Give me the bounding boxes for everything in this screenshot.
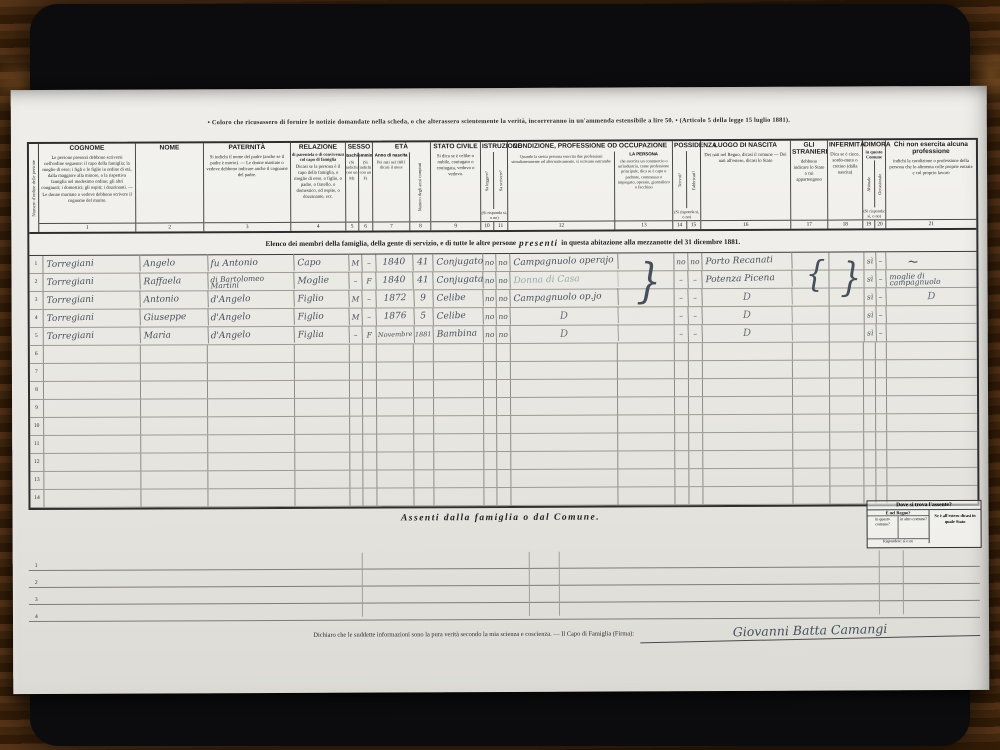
cell-infermita-row-14 xyxy=(830,486,865,503)
header-col-cognome: COGNOMELe persone presenti debbono scriv… xyxy=(39,144,136,232)
cell-chinon-row-12 xyxy=(888,450,978,467)
column-number-11: 11 xyxy=(494,222,508,230)
column-number-7: 7 xyxy=(373,222,410,230)
cell-infermita-row-12 xyxy=(830,450,865,467)
cell-persona-row-6 xyxy=(618,343,675,360)
cell-infermita-row-7 xyxy=(829,360,864,377)
header-numbers-possidenza: 1415 xyxy=(673,220,700,229)
cell-persona-row-3 xyxy=(618,289,675,306)
cell-terreni-row-12 xyxy=(676,451,690,468)
cell-anni-row-1: 41 xyxy=(413,254,433,272)
header-title-chinon: Chi non esercita alcuna professione xyxy=(886,140,976,157)
cell-sessoM-row-1: M xyxy=(349,254,362,271)
header-title-possidenza: POSSIDENZA xyxy=(673,141,700,151)
cell-terreni-row-14 xyxy=(676,487,690,504)
cell-persona-row-5 xyxy=(618,325,675,342)
column-number-12: 12 xyxy=(508,221,615,229)
header-subcol-abituale: Abituale xyxy=(863,160,875,207)
cell-anno-row-6 xyxy=(376,344,414,361)
cell-nome-row-13 xyxy=(141,471,209,488)
cell-stranieri-row-11 xyxy=(793,433,830,450)
cell-fabbricati-row-7 xyxy=(689,361,703,378)
cell-occasionale-row-4: – xyxy=(876,306,887,323)
absent-box-note: Rispondere: sì o no xyxy=(868,538,929,543)
cell-nome-row-12 xyxy=(141,453,209,470)
cell-stranieri-row-14 xyxy=(793,487,830,504)
header-subcol-persona: LA PERSONAche esercita un commercio o un… xyxy=(615,151,672,220)
cell-sessoF-row-6 xyxy=(362,345,376,362)
absent-row-number: 1 xyxy=(35,563,38,569)
cell-terreni-row-6 xyxy=(675,343,689,360)
cell-num-row-2: 2 xyxy=(29,274,43,291)
cell-num-row-5: 5 xyxy=(30,328,44,345)
header-title-cognome: COGNOME xyxy=(39,144,135,154)
header-numbers-paternita: 3 xyxy=(204,222,290,231)
header-title-paternita: PATERNITÀ xyxy=(204,143,290,153)
column-number-19: 19 xyxy=(863,220,875,228)
cell-chinon-row-7 xyxy=(887,360,977,377)
header-col-dimora: DIMORAin questo ComuneAbitualeOccasional… xyxy=(863,140,886,228)
header-numbers-stato: 9 xyxy=(431,221,480,230)
cell-anni-row-3: 9 xyxy=(414,290,434,308)
cell-nome-row-1: Angelo xyxy=(140,254,208,273)
header-col-istruzione: ISTRUZIONESa leggere?Sa scrivere?(Si ris… xyxy=(481,142,508,230)
cell-legge-row-6 xyxy=(484,344,497,361)
cell-legge-row-9 xyxy=(484,398,497,415)
subcol-desc-occasionale: Occasionale xyxy=(876,161,884,207)
cell-stato-row-2: Conjugata xyxy=(433,271,483,290)
subcol-desc-persona: che esercita un commercio o un'industria… xyxy=(615,157,672,191)
cell-chinon-row-6 xyxy=(887,342,977,359)
header-subtitle-relazione: di parentela o di convivenza col capo di… xyxy=(291,153,345,163)
header-subcol-terreni: Terreni? xyxy=(673,151,687,208)
cell-sessoM-row-9 xyxy=(350,399,363,416)
cell-sessoM-row-8 xyxy=(350,381,363,398)
cell-terreni-row-5: – xyxy=(675,325,689,342)
cell-anno-row-2: 1840 xyxy=(376,272,414,290)
cell-nome-row-11 xyxy=(141,435,209,452)
header-col-numero: Numero d'ordine delle persone xyxy=(29,144,39,232)
cell-fabbricati-row-9 xyxy=(689,397,703,414)
column-number-10: 10 xyxy=(481,222,494,230)
banner-presenti: presenti xyxy=(519,237,558,247)
cell-chinon-row-5 xyxy=(887,324,977,341)
cell-chinon-row-2: moglie di campagnuolo xyxy=(887,269,977,289)
cell-infermita-row-1 xyxy=(829,252,864,269)
header-subcolumns-dimora: AbitualeOccasionale xyxy=(863,160,885,207)
header-desc-chinon: indichi la condizione o professione dell… xyxy=(886,157,976,220)
cell-occasionale-row-8 xyxy=(876,378,887,395)
cell-stranieri-row-2 xyxy=(792,271,829,288)
cell-persona-row-8 xyxy=(618,379,675,396)
cell-paternita-row-6 xyxy=(208,345,295,362)
column-number-13: 13 xyxy=(616,221,673,229)
header-subcol-sessoF: Femmina(Si indichi con un F) xyxy=(358,152,372,221)
cell-scrive-row-7 xyxy=(497,362,511,379)
cell-scrive-row-11 xyxy=(497,434,511,451)
cell-num-row-11: 11 xyxy=(30,436,44,453)
cell-prof-row-2: Donna di Casa xyxy=(510,270,618,290)
cell-prof-row-4: D xyxy=(510,306,618,326)
cell-anni-row-14 xyxy=(415,488,435,505)
header-note-istruzione: (Si risponda sì, o no) xyxy=(481,209,507,221)
cell-sessoM-row-10 xyxy=(350,417,363,434)
cell-num-row-3: 3 xyxy=(30,292,44,309)
cell-prof-row-8 xyxy=(511,379,619,396)
cell-scrive-row-5: no xyxy=(497,326,511,343)
cell-prof-row-11 xyxy=(511,433,619,450)
cell-scrive-row-12 xyxy=(497,452,511,469)
cell-paternita-row-11 xyxy=(208,435,295,452)
header-col-stato: STATO CIVILESi dica se è celibe o nubile… xyxy=(431,142,481,230)
cell-abituale-row-10 xyxy=(865,414,877,431)
cell-terreni-row-8 xyxy=(675,379,689,396)
cell-sessoF-row-2: F xyxy=(362,272,376,289)
cell-persona-row-4 xyxy=(618,307,675,324)
cell-stato-row-6 xyxy=(434,344,484,361)
subcol-desc-scrive: Sa scrivere? xyxy=(497,153,505,209)
cell-cognome-row-8 xyxy=(44,382,141,399)
header-subcolumns-eta: Anno di nascitaPei nati nel 1881 dicasi … xyxy=(373,152,430,221)
cell-anno-row-3: 1872 xyxy=(376,290,414,308)
cell-legge-row-4: no xyxy=(484,308,497,325)
column-number-16: 16 xyxy=(701,221,790,229)
subcol-desc-fabbricati: Fabbricati? xyxy=(690,152,698,208)
cell-stranieri-row-6 xyxy=(793,343,830,360)
cell-abituale-row-8 xyxy=(864,378,876,395)
cell-anni-row-12 xyxy=(415,452,435,469)
header-numbers-dimora: 1920 xyxy=(863,219,885,228)
cell-stranieri-row-9 xyxy=(793,397,830,414)
absent-location-box: Dove si trova l'assente? È nel Regno? in… xyxy=(866,500,981,549)
header-desc-nome xyxy=(136,153,203,222)
cell-num-row-8: 8 xyxy=(30,382,44,399)
cell-fabbricati-row-11 xyxy=(689,433,703,450)
cell-num-row-6: 6 xyxy=(30,346,44,363)
cell-stranieri-row-13 xyxy=(793,469,830,486)
cell-paternita-row-14 xyxy=(209,489,296,506)
cell-anni-row-7 xyxy=(414,362,434,379)
header-col-paternita: PATERNITÀSi indichi il nome del padre (a… xyxy=(204,143,291,231)
header-desc-cognome: Le persone presenti debbono scriversi ne… xyxy=(39,154,135,223)
cell-relazione-row-5: Figlia xyxy=(294,326,349,345)
cell-anno-row-1: 1840 xyxy=(376,254,414,272)
absent-rows: 1234 xyxy=(29,550,980,618)
cell-sessoF-row-12 xyxy=(363,453,377,470)
cell-sessoF-row-5: F xyxy=(362,326,376,343)
cell-legge-row-10 xyxy=(484,416,497,433)
cell-cognome-row-13 xyxy=(44,472,141,489)
absent-box-q2: in altro comune? xyxy=(899,516,929,538)
cell-cognome-row-11 xyxy=(44,436,141,453)
cell-anno-row-13 xyxy=(377,470,415,487)
cell-cognome-row-12 xyxy=(44,454,141,471)
subcol-desc-sessoM: (Si indichi con un M) xyxy=(346,158,359,181)
cell-nome-row-10 xyxy=(141,417,209,434)
cell-relazione-row-9 xyxy=(295,399,350,416)
declaration-line: Dichiaro che le suddette informazioni so… xyxy=(29,622,988,643)
cell-anni-row-11 xyxy=(415,434,435,451)
cell-paternita-row-3: d'Angelo xyxy=(208,290,295,310)
cell-sessoM-row-14 xyxy=(350,489,363,506)
cell-occasionale-row-13 xyxy=(877,468,888,485)
header-numbers-infermita: 18 xyxy=(828,219,862,228)
cell-anno-row-8 xyxy=(376,380,414,397)
cell-nome-row-6 xyxy=(140,345,208,362)
header-desc-paternita: Si indichi il nome del padre (anche se i… xyxy=(204,153,290,222)
cell-legge-row-11 xyxy=(484,434,497,451)
cell-prof-row-12 xyxy=(511,451,619,468)
header-numbers-istruzione: 1011 xyxy=(481,221,507,230)
cell-paternita-row-5: d'Angelo xyxy=(208,326,295,346)
cell-nome-row-7 xyxy=(140,363,208,380)
cell-nome-row-9 xyxy=(141,399,209,416)
cell-prof-row-5: D xyxy=(511,324,619,344)
cell-abituale-row-12 xyxy=(865,450,877,467)
cell-sessoM-row-5: – xyxy=(349,326,362,343)
cell-sessoM-row-2: – xyxy=(349,272,362,289)
header-title-sesso: SESSO xyxy=(346,143,372,153)
header-numbers-condizione: 1213 xyxy=(508,220,672,230)
cell-stranieri-row-4 xyxy=(792,307,829,324)
subcol-desc-abituale: Abituale xyxy=(865,161,873,207)
subcol-desc-anni: Numero degli anni compiuti xyxy=(416,153,424,221)
cell-cognome-row-9 xyxy=(44,400,141,417)
header-subcolumns-possidenza: Terreni?Fabbricati? xyxy=(673,151,700,208)
cell-stranieri-row-5 xyxy=(792,325,829,342)
cell-paternita-row-4: d'Angelo xyxy=(208,308,295,328)
header-col-infermita: INFERMITÀDica se è cieco, sordo-muto o c… xyxy=(828,140,863,228)
header-title-stranieri: GLI STRANIERI xyxy=(791,141,827,158)
column-number-2: 2 xyxy=(136,223,203,231)
cell-anno-row-5: Novembre xyxy=(376,326,414,344)
cell-fabbricati-row-2: – xyxy=(689,271,703,288)
cell-persona-row-7 xyxy=(618,361,675,378)
cell-anni-row-9 xyxy=(414,398,434,415)
cell-persona-row-11 xyxy=(619,433,676,450)
cell-paternita-row-9 xyxy=(208,399,295,416)
header-note-possidenza: (Si risponda sì, o no) xyxy=(673,208,700,220)
cell-stranieri-row-3 xyxy=(792,289,829,306)
cell-cognome-row-10 xyxy=(44,418,141,435)
cell-nome-row-2: Raffaela xyxy=(140,272,208,291)
cell-fabbricati-row-14 xyxy=(690,487,704,504)
header-desc-stranieri: debbono indicare lo Stato a cui apparten… xyxy=(791,157,827,219)
header-numbers-cognome: 1 xyxy=(39,223,135,232)
cell-sessoM-row-3: M xyxy=(349,290,362,307)
table-row-14: 14 xyxy=(30,486,977,508)
cell-anni-row-2: 41 xyxy=(414,272,434,290)
cell-occasionale-row-12 xyxy=(877,450,888,467)
cell-terreni-row-3: – xyxy=(675,289,689,306)
header-col-stranieri: GLI STRANIERIdebbono indicare lo Stato a… xyxy=(791,141,828,229)
cell-chinon-row-11 xyxy=(888,432,978,449)
cell-prof-row-7 xyxy=(511,361,619,378)
header-subcolumns-sesso: Maschio(Si indichi con un M)Femmina(Si i… xyxy=(346,152,372,221)
cell-sessoF-row-9 xyxy=(363,399,377,416)
cell-legge-row-1: no xyxy=(483,254,496,271)
cell-persona-row-12 xyxy=(619,451,676,468)
cell-stato-row-13 xyxy=(435,470,485,487)
table-header: Numero d'ordine delle persone COGNOMELe … xyxy=(29,140,976,234)
head-of-family-signature: Giovanni Batta Camangi xyxy=(640,619,980,643)
cell-relazione-row-7 xyxy=(295,363,350,380)
cell-scrive-row-4: no xyxy=(496,308,510,325)
header-desc-luogo: Dei nati nel Regno, dicasi il comune — D… xyxy=(701,151,790,220)
cell-occasionale-row-6 xyxy=(876,342,887,359)
cell-persona-row-9 xyxy=(619,397,676,414)
header-title-istruzione: ISTRUZIONE xyxy=(481,142,507,152)
cell-stranieri-row-10 xyxy=(793,415,830,432)
cell-scrive-row-2: no xyxy=(496,272,510,289)
column-number-4: 4 xyxy=(291,223,345,231)
cell-stato-row-14 xyxy=(435,488,485,505)
cell-infermita-row-4 xyxy=(829,306,864,323)
cell-fabbricati-row-13 xyxy=(690,469,704,486)
absent-row-4: 4 xyxy=(29,601,980,622)
cell-paternita-row-7 xyxy=(208,363,295,380)
cell-num-row-4: 4 xyxy=(30,310,44,327)
cell-relazione-row-6 xyxy=(295,345,350,362)
cell-chinon-row-13 xyxy=(888,468,978,485)
cell-paternita-row-10 xyxy=(208,417,295,434)
cell-terreni-row-9 xyxy=(675,397,689,414)
penalty-notice: • Coloro che ricusassero di fornire le n… xyxy=(11,116,987,127)
cell-infermita-row-5 xyxy=(829,324,864,341)
cell-relazione-row-13 xyxy=(295,471,350,488)
cell-infermita-row-11 xyxy=(830,432,865,449)
table-body: 1TorregianiAngelofu AntonioCapoM–184041C… xyxy=(29,252,977,508)
cell-sessoF-row-10 xyxy=(363,417,377,434)
cell-fabbricati-row-1: no xyxy=(688,253,702,270)
cell-stranieri-row-7 xyxy=(793,361,830,378)
cell-sessoM-row-12 xyxy=(350,453,363,470)
cell-num-row-12: 12 xyxy=(30,454,44,471)
subcol-desc-anno: Pei nati nel 1881 dicasi il mese xyxy=(373,158,409,171)
cell-sessoF-row-13 xyxy=(363,471,377,488)
cell-prof-row-1: Campagnuolo operajo xyxy=(510,252,618,272)
cell-cognome-row-5: Torregiani xyxy=(43,326,140,346)
cell-abituale-row-11 xyxy=(865,432,877,449)
cell-luogo-row-4: D xyxy=(703,306,793,326)
cell-chinon-row-9 xyxy=(887,396,977,413)
cell-occasionale-row-1: – xyxy=(876,252,887,269)
header-subcol-prof: Quando la stessa persona esercita due pr… xyxy=(508,151,616,221)
cell-fabbricati-row-10 xyxy=(689,415,703,432)
header-subcol-scrive: Sa scrivere? xyxy=(493,152,507,209)
cell-paternita-row-13 xyxy=(209,471,296,488)
header-subcol-occasionale: Occasionale xyxy=(874,160,885,207)
cell-terreni-row-2: – xyxy=(675,271,689,288)
cell-paternita-row-2: di Bartolomeo Martini xyxy=(207,272,294,292)
subcol-desc-sessoF: (Si indichi con un F) xyxy=(358,158,372,181)
cell-legge-row-14 xyxy=(484,488,497,505)
cell-luogo-row-11 xyxy=(703,433,793,450)
cell-occasionale-row-5: – xyxy=(876,324,887,341)
cell-anno-row-7 xyxy=(376,362,414,379)
cell-occasionale-row-7 xyxy=(876,360,887,377)
header-subcol-sessoM: Maschio(Si indichi con un M) xyxy=(346,153,359,222)
header-desc-infermita: Dica se è cieco, sordo-muto o cretino (d… xyxy=(828,150,862,219)
banner-pre: Elenco dei membri della famiglia, della … xyxy=(266,238,517,247)
cell-stato-row-11 xyxy=(434,434,484,451)
cell-scrive-row-3: no xyxy=(496,290,510,307)
column-number-20: 20 xyxy=(875,220,886,228)
cell-legge-row-5: no xyxy=(484,326,497,343)
census-sheet: • Coloro che ricusassero di fornire le n… xyxy=(11,86,990,694)
cell-num-row-7: 7 xyxy=(30,364,44,381)
cell-prof-row-9 xyxy=(511,397,619,414)
column-number-15: 15 xyxy=(687,221,701,229)
header-title-luogo: LUOGO DI NASCITA xyxy=(701,141,790,151)
cell-luogo-row-1: Porto Recanati xyxy=(702,252,792,272)
cell-sessoF-row-1: – xyxy=(362,254,376,271)
cell-terreni-row-4: – xyxy=(675,307,689,324)
cell-sessoF-row-7 xyxy=(362,363,376,380)
cell-relazione-row-8 xyxy=(295,381,350,398)
header-col-nome: NOME2 xyxy=(136,143,204,231)
header-col-condizione: CONDIZIONE, PROFESSIONE OD OCCUPAZIONEQu… xyxy=(508,141,673,230)
absent-box-estero: Se è all'estero dicasi in quale Stato xyxy=(930,510,981,543)
cell-anno-row-4: 1876 xyxy=(376,308,414,326)
header-title-stato: STATO CIVILE xyxy=(431,142,480,152)
absent-row-number: 3 xyxy=(35,597,38,603)
cell-persona-row-14 xyxy=(619,487,676,504)
cell-paternita-row-12 xyxy=(209,453,296,470)
cell-anni-row-8 xyxy=(414,380,434,397)
cell-cognome-row-1: Torregiani xyxy=(43,254,140,274)
cell-sessoM-row-6 xyxy=(349,345,362,362)
cell-relazione-row-14 xyxy=(295,489,350,506)
cell-persona-row-1 xyxy=(618,253,675,270)
header-col-sesso: SESSOMaschio(Si indichi con un M)Femmina… xyxy=(346,143,373,231)
cell-scrive-row-6 xyxy=(497,344,511,361)
cell-relazione-row-10 xyxy=(295,417,350,434)
cell-luogo-row-5: D xyxy=(703,324,793,344)
cell-infermita-row-6 xyxy=(829,342,864,359)
absent-box-q1: in questo comune? xyxy=(868,516,899,538)
cell-legge-row-12 xyxy=(484,452,497,469)
cell-anno-row-12 xyxy=(377,452,415,469)
header-numbers-relazione: 4 xyxy=(291,222,345,231)
cell-persona-row-10 xyxy=(619,415,676,432)
cell-scrive-row-1: no xyxy=(496,254,510,271)
cell-stato-row-12 xyxy=(435,452,485,469)
cell-persona-row-2 xyxy=(618,271,675,288)
header-desc-relazione: Dicasi se la persona è il capo della fam… xyxy=(291,162,345,222)
cell-stato-row-4: Celibe xyxy=(434,307,484,326)
cell-luogo-row-8 xyxy=(703,379,793,396)
cell-anni-row-13 xyxy=(415,470,435,487)
cell-scrive-row-14 xyxy=(497,488,511,505)
cell-stato-row-10 xyxy=(434,416,484,433)
header-subtitle-dimora: in questo Comune xyxy=(863,150,885,160)
header-numbers-eta: 78 xyxy=(373,221,430,230)
header-numbers-nome: 2 xyxy=(136,222,203,231)
header-subcolumns-condizione: Quando la stessa persona esercita due pr… xyxy=(508,151,672,221)
cell-chinon-row-3: D xyxy=(887,287,977,307)
cell-anni-row-4: 5 xyxy=(414,308,434,326)
header-numbers-sesso: 56 xyxy=(346,222,372,231)
cell-anni-row-10 xyxy=(414,416,434,433)
cell-relazione-row-12 xyxy=(295,453,350,470)
cell-relazione-row-2: Moglie xyxy=(294,272,349,291)
cell-anni-row-5: 1881 xyxy=(414,326,434,344)
cell-scrive-row-8 xyxy=(497,380,511,397)
cell-legge-row-7 xyxy=(484,362,497,379)
cell-sessoM-row-11 xyxy=(350,435,363,452)
header-col-relazione: RELAZIONEdi parentela o di convivenza co… xyxy=(291,143,346,231)
